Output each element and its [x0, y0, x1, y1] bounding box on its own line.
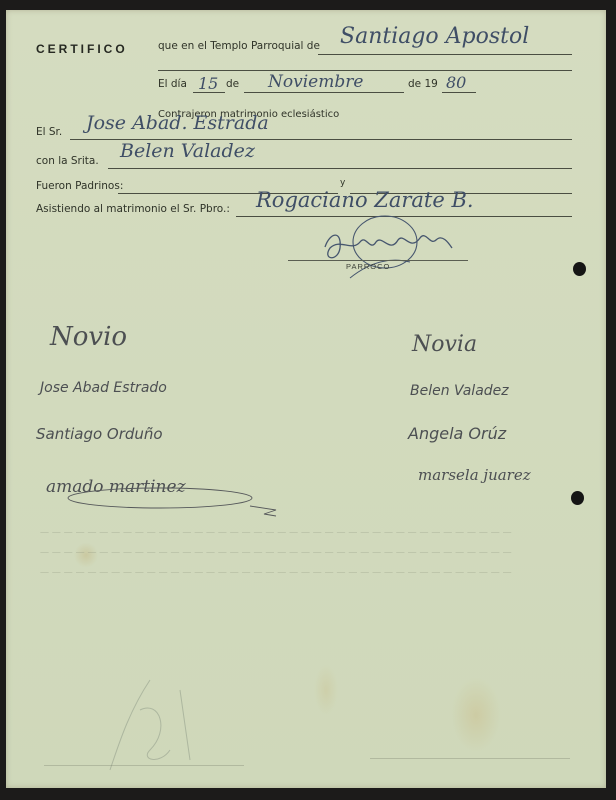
- parroco-signature-icon: [280, 212, 480, 282]
- templo-label: que en el Templo Parroquial de: [158, 40, 320, 52]
- groom-label: El Sr.: [36, 126, 62, 138]
- bride-witness-2: Angela Orúz: [408, 424, 506, 443]
- bride-witness-3: marsela juarez: [418, 466, 531, 484]
- priest-label: Asistiendo al matrimonio el Sr. Pbro.:: [36, 203, 230, 215]
- novio-heading: Novio: [50, 322, 127, 352]
- bride-label: con la Srita.: [36, 155, 99, 167]
- templo-rule: [318, 54, 572, 55]
- certifico-heading: CERTIFICO: [36, 42, 128, 56]
- day-value: 15: [198, 74, 218, 93]
- punch-hole: [571, 491, 584, 505]
- bleed-through-text: — — — — — — — — — — — — — — — — — — — — …: [40, 528, 512, 538]
- godparents-label: Fueron Padrinos:: [36, 180, 123, 192]
- day-label: El día: [158, 78, 187, 90]
- novia-heading: Novia: [412, 332, 477, 357]
- bleed-through-text: — — — — — — — — — — — — — — — — — — — — …: [40, 548, 512, 558]
- templo-rule-2: [158, 70, 572, 71]
- godparents-joiner: y: [340, 178, 345, 188]
- bleed-through-text: — — — — — — — — — — — — — — — — — — — — …: [40, 568, 512, 578]
- bride-rule: [108, 168, 572, 169]
- bleed-rule-right: [370, 758, 570, 759]
- year-value: 80: [446, 73, 466, 92]
- bride-witness-1: Belen Valadez: [410, 383, 509, 399]
- year-label: de 19: [408, 78, 438, 90]
- parroco-rule: [288, 260, 468, 261]
- groom-witness-1: Jose Abad Estrado: [40, 380, 167, 396]
- witness-flourish-icon: [50, 470, 290, 520]
- year-rule: [442, 92, 476, 93]
- templo-value: Santiago Apostol: [340, 24, 529, 49]
- groom-witness-2: Santiago Orduño: [36, 425, 163, 443]
- groom-value: Jose Abad. Estrada: [86, 112, 269, 134]
- bleed-rule-left: [44, 765, 244, 766]
- month-label: de: [226, 78, 239, 90]
- punch-hole: [573, 262, 586, 276]
- month-rule: [244, 92, 404, 93]
- bride-value: Belen Valadez: [120, 140, 255, 162]
- parroco-label: PARROCO: [346, 262, 390, 271]
- month-value: Noviembre: [268, 72, 363, 92]
- priest-value: Rogaciano Zarate B.: [256, 188, 474, 212]
- bleed-through-signature-icon: [90, 670, 230, 780]
